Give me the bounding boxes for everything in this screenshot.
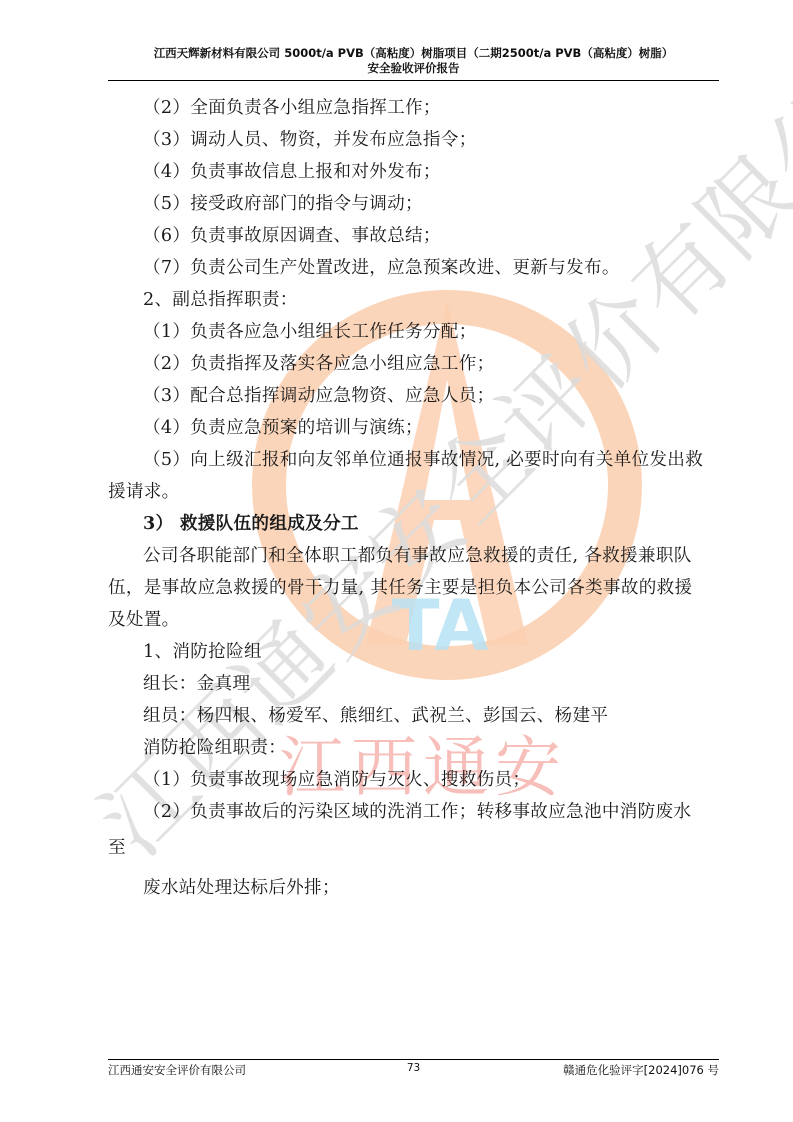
commander-duty-6: （6）负责事故原因调查、事故总结； [108,220,719,252]
deputy-duty-4: （4）负责应急预案的培训与演练； [108,412,719,444]
fire-duty-2-line2: 至 [108,832,719,864]
fire-team-duties-heading: 消防抢险组职责： [108,732,719,764]
deputy-commander-heading: 2、副总指挥职责： [108,284,719,316]
header-divider [108,80,719,81]
footer-divider [108,1059,719,1060]
header-report-title: 安全验收评价报告 [108,61,719,76]
section-3-paragraph-line2: 伍，是事故应急救援的骨干力量, 其任务主要是担负本公司各类事故的救援 [108,572,719,604]
fire-duty-2-line3: 废水站处理达标后外排； [108,872,719,904]
fire-duty-1: （1）负责事故现场应急消防与灭火、搜救伤员； [108,764,719,796]
commander-duty-7: （7）负责公司生产处置改进，应急预案改进、更新与发布。 [108,252,719,284]
fire-team-leader: 组长：金真理 [108,668,719,700]
fire-team-members: 组员：杨四根、杨爱军、熊细红、武祝兰、彭国云、杨建平 [108,700,719,732]
deputy-duty-3: （3）配合总指挥调动应急物资、应急人员； [108,380,719,412]
deputy-duty-5-line1: （5）向上级汇报和向友邻单位通报事故情况, 必要时向有关单位发出救 [108,444,719,476]
deputy-duty-2: （2）负责指挥及落实各应急小组应急工作； [108,348,719,380]
deputy-duty-5-line2: 援请求。 [108,476,719,508]
commander-duty-3: （3）调动人员、物资，并发布应急指令； [108,124,719,156]
section-3-paragraph-line3: 及处置。 [108,604,719,636]
section-3-paragraph-line1: 公司各职能部门和全体职工都负有事故应急救援的责任, 各救援兼职队 [108,540,719,572]
document-body: （2）全面负责各小组应急指挥工作； （3）调动人员、物资，并发布应急指令； （4… [108,92,719,904]
fire-duty-2-line1: （2）负责事故后的污染区域的洗消工作；转移事故应急池中消防废水 [108,796,719,828]
commander-duty-4: （4）负责事故信息上报和对外发布； [108,156,719,188]
document-page: TA 江西通安安全评价有限公司 江西通安 江西天辉新材料有限公司 5000t/a… [0,0,793,1122]
footer-doc-number: 赣通危化验评字[2024]076 号 [563,1062,719,1078]
header-project-title: 江西天辉新材料有限公司 5000t/a PVB（高粘度）树脂项目（二期2500t… [108,46,719,61]
fire-team-heading: 1、消防抢险组 [108,636,719,668]
commander-duty-2: （2）全面负责各小组应急指挥工作； [108,92,719,124]
deputy-duty-1: （1）负责各应急小组组长工作任务分配； [108,316,719,348]
page-footer: 江西通安安全评价有限公司 73 赣通危化验评字[2024]076 号 [108,1062,719,1078]
section-3-heading: 3） 救援队伍的组成及分工 [108,508,719,540]
commander-duty-5: （5）接受政府部门的指令与调动； [108,188,719,220]
page-header: 江西天辉新材料有限公司 5000t/a PVB（高粘度）树脂项目（二期2500t… [108,46,719,76]
